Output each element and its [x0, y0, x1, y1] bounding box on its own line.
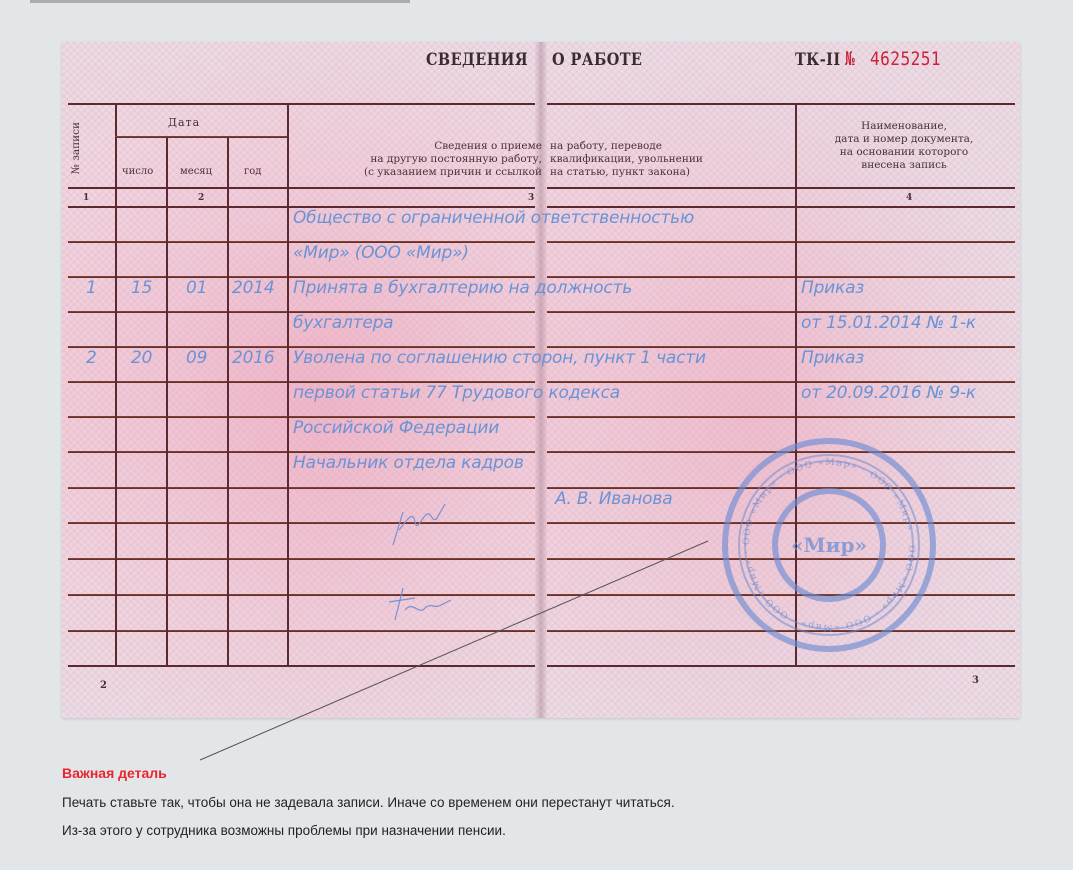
record-day: 20	[131, 348, 152, 368]
header-line: (с указанием причин и ссылкой	[290, 166, 542, 179]
grid-hline	[68, 187, 535, 189]
header-line: на основании которого	[798, 146, 1010, 159]
header-document-basis: Наименование,дата и номер документа,на о…	[798, 120, 1010, 172]
column-number-3: 3	[528, 193, 534, 203]
header-date: Дата	[168, 116, 200, 129]
header-info-right: на работу, переводеквалификации, увольне…	[550, 140, 790, 179]
record-year: 2014	[232, 278, 274, 298]
grid-hline	[68, 522, 535, 524]
number-sign: №	[845, 48, 855, 70]
grid-hline	[547, 103, 1015, 105]
header-line: на работу, переводе	[550, 140, 790, 153]
record-day: 15	[131, 278, 152, 298]
header-year: год	[244, 165, 261, 178]
grid-hline	[68, 103, 535, 105]
grid-hline	[115, 136, 287, 138]
record-month: 01	[186, 278, 207, 298]
page-number-left: 2	[100, 680, 107, 691]
section-title-right: О РАБОТЕ	[552, 50, 642, 70]
header-line: на статью, пункт закона)	[550, 166, 790, 179]
record-basis: от 20.09.2016 № 9-к	[801, 383, 976, 403]
record-year: 2016	[232, 348, 274, 368]
grid-vline	[166, 136, 168, 665]
record-month: 09	[186, 348, 207, 368]
header-line: квалификации, увольнении	[550, 153, 790, 166]
record-number: 2	[86, 348, 97, 368]
header-line: Наименование,	[798, 120, 1010, 133]
header-day: число	[122, 165, 153, 178]
record-info: бухгалтера	[293, 313, 393, 333]
record-number: 1	[86, 278, 97, 298]
grid-vline	[287, 103, 289, 665]
grid-vline	[227, 136, 229, 665]
header-line: Сведения о приеме	[290, 140, 542, 153]
signature-2	[385, 580, 455, 630]
record-info: А. В. Иванова	[555, 489, 672, 509]
header-line: внесена запись	[798, 159, 1010, 172]
note-line-1: Печать ставьте так, чтобы она не задевал…	[62, 795, 675, 810]
column-number-2: 2	[198, 193, 204, 203]
record-basis: Приказ	[801, 348, 864, 368]
note-title: Важная деталь	[62, 765, 167, 781]
stamp-center-text: «Мир»	[791, 533, 867, 557]
company-stamp: ООО «Мир» · ООО «Мир» · ООО «Мир» · ООО …	[722, 438, 936, 652]
header-info-left: Сведения о приемена другую постоянную ра…	[290, 140, 542, 179]
section-title-left: СВЕДЕНИЯ	[426, 50, 528, 70]
grid-hline	[547, 241, 1015, 243]
record-info: Российской Федерации	[293, 418, 499, 438]
record-basis: от 15.01.2014 № 1-к	[801, 313, 976, 333]
page-number-right: 3	[972, 675, 979, 686]
grid-hline	[547, 416, 1015, 418]
record-info: «Мир» (ООО «Мир»)	[293, 243, 469, 263]
grid-hline	[547, 665, 1015, 667]
note-line-2: Из-за этого у сотрудника возможны пробле…	[62, 823, 506, 838]
column-number-1: 1	[83, 193, 89, 203]
record-basis: Приказ	[801, 278, 864, 298]
record-info: первой статьи 77 Трудового кодекса	[293, 383, 620, 403]
header-line: дата и номер документа,	[798, 133, 1010, 146]
grid-hline	[68, 594, 535, 596]
grid-hline	[68, 665, 535, 667]
series-label: ТК-II	[795, 50, 841, 70]
header-month: месяц	[180, 165, 212, 178]
grid-vline	[115, 103, 117, 665]
stamp-inner-circle: «Мир»	[772, 488, 886, 602]
top-strip	[30, 0, 410, 3]
grid-hline	[68, 558, 535, 560]
grid-hline	[68, 630, 535, 632]
header-line: на другую постоянную работу,	[290, 153, 542, 166]
column-number-4: 4	[906, 193, 912, 203]
record-info: Уволена по соглашению сторон, пункт 1 ча…	[293, 348, 706, 368]
header-record-no: № записи	[70, 118, 83, 178]
record-info: Принята в бухгалтерию на должность	[293, 278, 632, 298]
document-number: 4625251	[870, 48, 941, 70]
signature-1	[385, 500, 455, 550]
grid-hline	[68, 487, 535, 489]
grid-hline	[547, 187, 1015, 189]
record-info: Начальник отдела кадров	[293, 453, 524, 473]
record-info: Общество с ограниченной ответственностью	[293, 208, 694, 228]
